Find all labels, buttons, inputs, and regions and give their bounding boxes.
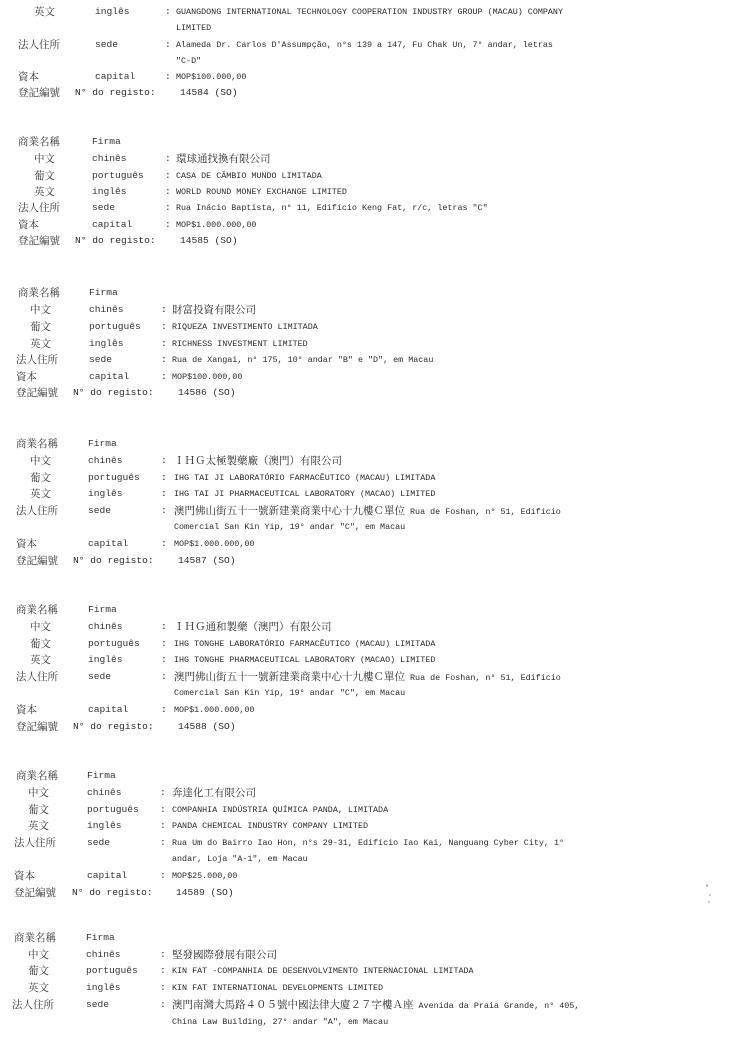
label-sede-zh: 法人住所 bbox=[12, 997, 54, 1013]
value-chines: ＩＨＧ太極製藥廠（澳門）有限公司 bbox=[174, 453, 342, 469]
label-sede-zh: 法人住所 bbox=[16, 503, 58, 519]
colon: : bbox=[161, 503, 167, 519]
value-sede-cont: andar, Loja "A-1", em Macau bbox=[172, 851, 308, 867]
value-sede-pt: Avenida da Praia Grande, n° 405, bbox=[419, 1001, 580, 1011]
label-sede-pt: sede bbox=[95, 37, 118, 53]
label-ingles-pt: inglês bbox=[95, 4, 130, 20]
value-capital: MOP$1.000.000,00 bbox=[176, 217, 256, 233]
label-chines-zh: 中文 bbox=[28, 785, 49, 801]
value-capital: MOP$1.000.000,00 bbox=[174, 702, 254, 718]
value-registo: 14588 (SO) bbox=[178, 719, 236, 735]
value-sede: Rua de Xangai, n° 175, 10° andar "B" e "… bbox=[172, 352, 433, 368]
label-chines-pt: chinês bbox=[88, 619, 123, 635]
label-sede-zh: 法人住所 bbox=[16, 669, 58, 685]
label-ingles-zh: 英文 bbox=[34, 4, 55, 20]
value-registo: 14586 (SO) bbox=[178, 385, 236, 401]
value-chines: 財富投資有限公司 bbox=[172, 302, 256, 318]
colon: : bbox=[160, 963, 166, 979]
label-portugues-zh: 葡文 bbox=[28, 963, 49, 979]
value-sede-pt: Rua de Foshan, n° 51, Edifício bbox=[410, 507, 561, 517]
value-registo: 14585 (SO) bbox=[180, 233, 238, 249]
label-sede-zh: 法人住所 bbox=[14, 835, 56, 851]
label-registo-pt: N° do registo: bbox=[72, 885, 153, 901]
label-sede-zh: 法人住所 bbox=[16, 352, 58, 368]
value-portugues: RIQUEZA INVESTIMENTO LIMITADA bbox=[172, 319, 318, 335]
label-firma-pt: Firma bbox=[87, 768, 116, 784]
colon: : bbox=[161, 652, 167, 668]
label-sede-pt: sede bbox=[88, 503, 111, 519]
value-sede-zh: 澳門南灣大馬路４０５號中國法律大廈２７字樓Ａ座 bbox=[172, 999, 414, 1011]
value-chines: 奔達化工有限公司 bbox=[172, 785, 256, 801]
colon: : bbox=[161, 453, 167, 469]
colon: : bbox=[160, 802, 166, 818]
label-registo-pt: N° do registo: bbox=[73, 553, 154, 569]
label-capital-pt: capital bbox=[89, 369, 129, 385]
label-portugues-pt: português bbox=[87, 802, 139, 818]
label-portugues-zh: 葡文 bbox=[30, 470, 51, 486]
value-capital: MOP$100.000,00 bbox=[172, 369, 242, 385]
value-registo: 14584 (SO) bbox=[180, 85, 238, 101]
label-capital-zh: 資本 bbox=[18, 69, 39, 85]
label-registo-zh: 登記編號 bbox=[16, 553, 58, 569]
colon: : bbox=[160, 835, 166, 851]
value-sede: Alameda Dr. Carlos D'Assumpção, n°s 139 … bbox=[176, 37, 553, 53]
label-ingles-zh: 英文 bbox=[30, 486, 51, 502]
colon: : bbox=[161, 319, 167, 335]
value-sede: 澳門佛山街五十一號新建業商業中心十九樓Ｃ單位 Rua de Foshan, n°… bbox=[174, 503, 561, 520]
label-sede-zh: 法人住所 bbox=[18, 37, 60, 53]
label-capital-zh: 資本 bbox=[16, 369, 37, 385]
label-firma-pt: Firma bbox=[86, 930, 115, 946]
value-portugues: COMPANHIA INDÚSTRIA QUÍMICA PANDA, LIMIT… bbox=[172, 802, 388, 818]
label-portugues-pt: português bbox=[92, 168, 144, 184]
label-chines-zh: 中文 bbox=[30, 619, 51, 635]
colon: : bbox=[165, 200, 171, 216]
value-registo: 14589 (SO) bbox=[176, 885, 234, 901]
label-sede-pt: sede bbox=[89, 352, 112, 368]
label-chines-zh: 中文 bbox=[34, 151, 55, 167]
label-registo-zh: 登記編號 bbox=[18, 85, 60, 101]
label-ingles-zh: 英文 bbox=[30, 652, 51, 668]
scan-speck bbox=[706, 884, 708, 887]
label-registo-zh: 登記編號 bbox=[16, 385, 58, 401]
label-capital-zh: 資本 bbox=[16, 702, 37, 718]
label-firma-pt: Firma bbox=[88, 436, 117, 452]
colon: : bbox=[165, 151, 171, 167]
label-capital-zh: 資本 bbox=[14, 868, 35, 884]
value-sede: Rua Inácio Baptista, n° 11, Edifício Ken… bbox=[176, 200, 488, 216]
label-sede-pt: sede bbox=[88, 669, 111, 685]
colon: : bbox=[160, 868, 166, 884]
label-firma-pt: Firma bbox=[88, 602, 117, 618]
label-chines-pt: chinês bbox=[87, 785, 122, 801]
label-ingles-pt: inglês bbox=[89, 336, 124, 352]
colon: : bbox=[165, 184, 171, 200]
value-sede-cont: Comercial San Kin Yip, 19° andar "C", em… bbox=[174, 685, 405, 701]
label-ingles-zh: 英文 bbox=[34, 184, 55, 200]
label-registo-pt: N° do registo: bbox=[75, 85, 156, 101]
label-firma-zh: 商業名稱 bbox=[16, 436, 58, 452]
label-firma-zh: 商業名稱 bbox=[16, 602, 58, 618]
value-chines: 堅發國際發展有限公司 bbox=[172, 947, 277, 963]
value-ingles: IHG TAI JI PHARMACEUTICAL LABORATORY (MA… bbox=[174, 486, 435, 502]
colon: : bbox=[161, 302, 167, 318]
value-sede-cont: "C-D" bbox=[176, 53, 201, 69]
label-chines-zh: 中文 bbox=[30, 302, 51, 318]
colon: : bbox=[161, 619, 167, 635]
label-portugues-pt: português bbox=[89, 319, 141, 335]
label-ingles-pt: inglês bbox=[88, 652, 123, 668]
label-capital-pt: capital bbox=[88, 702, 128, 718]
colon: : bbox=[160, 980, 166, 996]
colon: : bbox=[161, 669, 167, 685]
value-portugues: IHG TAI JI LABORATÓRIO FARMACÊUTICO (MAC… bbox=[174, 470, 435, 486]
value-sede: Rua Um do Bairro Iao Hon, n°s 29-31, Edi… bbox=[172, 835, 564, 851]
colon: : bbox=[160, 947, 166, 963]
label-chines-zh: 中文 bbox=[28, 947, 49, 963]
value-sede-cont: Comercial San Kin Yip, 19° andar "C", em… bbox=[174, 519, 405, 535]
label-portugues-zh: 葡文 bbox=[30, 319, 51, 335]
label-capital-pt: capital bbox=[87, 868, 127, 884]
value-capital: MOP$100.000,00 bbox=[176, 69, 246, 85]
value-ingles: GUANGDONG INTERNATIONAL TECHNOLOGY COOPE… bbox=[176, 4, 563, 20]
label-ingles-zh: 英文 bbox=[28, 980, 49, 996]
value-portugues: CASA DE CÂMBIO MUNDO LIMITADA bbox=[176, 168, 322, 184]
label-registo-pt: N° do registo: bbox=[73, 385, 154, 401]
label-portugues-pt: português bbox=[88, 636, 140, 652]
value-portugues: KIN FAT -COMPANHIA DE DESENVOLVIMENTO IN… bbox=[172, 963, 474, 979]
value-chines: ＩＨＧ通和製藥（澳門）有限公司 bbox=[174, 619, 332, 635]
label-registo-pt: N° do registo: bbox=[75, 233, 156, 249]
label-ingles-zh: 英文 bbox=[28, 818, 49, 834]
label-capital-pt: capital bbox=[88, 536, 128, 552]
colon: : bbox=[161, 470, 167, 486]
label-portugues-zh: 葡文 bbox=[30, 636, 51, 652]
value-sede-zh: 澳門佛山街五十一號新建業商業中心十九樓Ｃ單位 bbox=[174, 505, 405, 517]
label-ingles-pt: inglês bbox=[88, 486, 123, 502]
label-firma-zh: 商業名稱 bbox=[18, 285, 60, 301]
label-chines-pt: chinês bbox=[86, 947, 121, 963]
label-firma-pt: Firma bbox=[89, 285, 118, 301]
label-portugues-zh: 葡文 bbox=[28, 802, 49, 818]
colon: : bbox=[160, 785, 166, 801]
label-registo-zh: 登記編號 bbox=[14, 885, 56, 901]
value-sede: 澳門南灣大馬路４０５號中國法律大廈２７字樓Ａ座 Avenida da Praia… bbox=[172, 997, 579, 1014]
colon: : bbox=[161, 702, 167, 718]
label-chines-pt: chinês bbox=[89, 302, 124, 318]
colon: : bbox=[161, 336, 167, 352]
colon: : bbox=[165, 4, 171, 20]
value-registo: 14587 (SO) bbox=[178, 553, 236, 569]
label-sede-pt: sede bbox=[92, 200, 115, 216]
value-sede-zh: 澳門佛山街五十一號新建業商業中心十九樓Ｃ單位 bbox=[174, 671, 405, 683]
colon: : bbox=[161, 352, 167, 368]
colon: : bbox=[165, 217, 171, 233]
colon: : bbox=[165, 37, 171, 53]
label-capital-pt: capital bbox=[92, 217, 132, 233]
value-capital: MOP$1.000.000,00 bbox=[174, 536, 254, 552]
label-firma-pt: Firma bbox=[92, 134, 121, 150]
label-registo-pt: N° do registo: bbox=[73, 719, 154, 735]
label-chines-pt: chinês bbox=[92, 151, 127, 167]
colon: : bbox=[161, 536, 167, 552]
label-firma-zh: 商業名稱 bbox=[16, 768, 58, 784]
label-firma-zh: 商業名稱 bbox=[14, 930, 56, 946]
label-ingles-pt: inglês bbox=[86, 980, 121, 996]
label-portugues-zh: 葡文 bbox=[34, 168, 55, 184]
colon: : bbox=[161, 486, 167, 502]
label-capital-zh: 資本 bbox=[18, 217, 39, 233]
label-capital-pt: capital bbox=[95, 69, 135, 85]
label-ingles-pt: inglês bbox=[92, 184, 127, 200]
value-ingles-cont: LIMITED bbox=[176, 20, 211, 36]
label-portugues-pt: português bbox=[86, 963, 138, 979]
value-ingles: IHG TONGHE PHARMACEUTICAL LABORATORY (MA… bbox=[174, 652, 435, 668]
scan-speck bbox=[708, 901, 710, 903]
label-sede-zh: 法人住所 bbox=[18, 200, 60, 216]
label-ingles-zh: 英文 bbox=[30, 336, 51, 352]
value-ingles: RICHNESS INVESTMENT LIMITED bbox=[172, 336, 308, 352]
label-sede-pt: sede bbox=[87, 835, 110, 851]
value-sede: 澳門佛山街五十一號新建業商業中心十九樓Ｃ單位 Rua de Foshan, n°… bbox=[174, 669, 561, 686]
label-sede-pt: sede bbox=[86, 997, 109, 1013]
label-registo-zh: 登記編號 bbox=[18, 233, 60, 249]
colon: : bbox=[161, 636, 167, 652]
label-capital-zh: 資本 bbox=[16, 536, 37, 552]
value-capital: MOP$25.000,00 bbox=[172, 868, 237, 884]
colon: : bbox=[160, 818, 166, 834]
value-sede-cont: China Law Building, 27° andar "A", em Ma… bbox=[172, 1014, 388, 1030]
label-portugues-pt: português bbox=[88, 470, 140, 486]
label-registo-zh: 登記編號 bbox=[16, 719, 58, 735]
value-chines: 環球通找換有限公司 bbox=[176, 151, 271, 167]
label-ingles-pt: inglês bbox=[87, 818, 122, 834]
value-ingles: WORLD ROUND MONEY EXCHANGE LIMITED bbox=[176, 184, 347, 200]
colon: : bbox=[165, 69, 171, 85]
colon: : bbox=[160, 997, 166, 1013]
value-ingles: PANDA CHEMICAL INDUSTRY COMPANY LIMITED bbox=[172, 818, 368, 834]
scan-speck bbox=[709, 894, 711, 896]
label-chines-pt: chinês bbox=[88, 453, 123, 469]
label-firma-zh: 商業名稱 bbox=[18, 134, 60, 150]
value-portugues: IHG TONGHE LABORATÓRIO FARMACÊUTICO (MAC… bbox=[174, 636, 435, 652]
value-sede-pt: Rua de Foshan, n° 51, Edifício bbox=[410, 673, 561, 683]
colon: : bbox=[161, 369, 167, 385]
value-ingles: KIN FAT INTERNATIONAL DEVELOPMENTS LIMIT… bbox=[172, 980, 383, 996]
colon: : bbox=[165, 168, 171, 184]
label-chines-zh: 中文 bbox=[30, 453, 51, 469]
